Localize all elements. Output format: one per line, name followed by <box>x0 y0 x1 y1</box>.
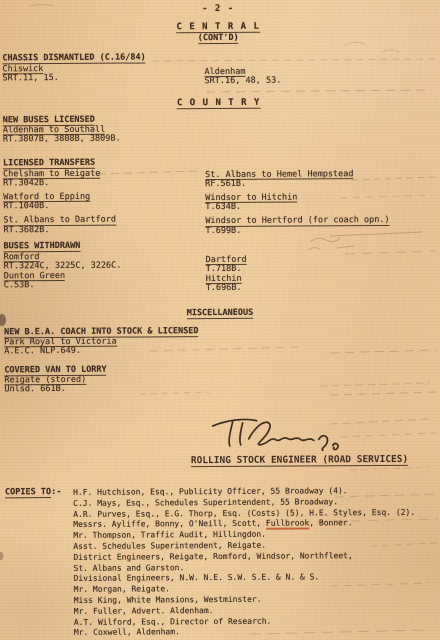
chassis-right-column: Aldenham SRT.16, 48, 53. <box>204 62 434 87</box>
copies-text: C.J. Mays, Esq., Schedules Superintenden… <box>73 497 338 508</box>
copies-text: H.F. Hutchison, Esq., Publicity Officer,… <box>73 486 348 497</box>
page-number: - 2 - <box>0 4 438 16</box>
copies-text: Mr. Thompson, Traffic Audit, Hillingdon. <box>73 530 266 540</box>
copies-text: Miss King, White Mansions, Westminster. <box>74 595 262 605</box>
withdrawn-heading: BUSES WITHDRAWN <box>4 242 81 252</box>
chassis-heading: CHASSIS DISMANTLED (C.16/84) <box>2 53 145 63</box>
section-heading-country: C O U N T R Y <box>0 98 439 110</box>
transfer-row: Watford to Epping RT.1040B. Windsor to H… <box>3 190 435 214</box>
transfer-right: Windsor to Hertford (for coach opn.) T.6… <box>205 214 435 237</box>
copies-text: District Engineers, Reigate, Romford, Wi… <box>73 551 352 562</box>
copies-text: Messrs. Ayliffe, Bonny, O'Neill, Scott, <box>73 519 266 529</box>
transfer-left: Watford to Epping RT.1040B. <box>3 192 205 214</box>
signoff-title: ROLLING STOCK ENGINEER (ROAD SERVICES) <box>191 456 408 467</box>
transfer-right-fleet: RF.561B. <box>205 179 435 190</box>
withdrawn-entry: Dartford T.718B. <box>206 254 436 275</box>
bea-coach-section: NEW B.E.A. COACH INTO STOCK & LICENSED P… <box>4 327 199 357</box>
central-title: C E N T R A L <box>176 23 260 33</box>
copies-list: H.F. Hutchison, Esq., Publicity Officer,… <box>73 486 416 639</box>
copies-text: St. Albans and Garston. <box>73 563 184 573</box>
transfer-left-fleet: RT.3042B. <box>3 178 205 189</box>
transfer-right-fleet: T.699B. <box>205 225 435 236</box>
chassis-dismantled-section: CHASSIS DISMANTLED (C.16/84) Chiswick SR… <box>2 52 434 88</box>
country-title: C O U N T R Y <box>177 99 261 109</box>
van-fleet: Unlsd. 661B. <box>4 385 106 395</box>
copies-text: Divisional Engineers, N.W. N.E. S.W. S.E… <box>74 573 320 584</box>
copies-label: COPIES TO:- <box>5 488 74 640</box>
withdrawn-fleet: T.696B. <box>206 283 436 294</box>
transfer-left-fleet: RT.3682B. <box>3 225 205 236</box>
withdrawn-entry: Dunton Green C.53B. <box>4 271 206 291</box>
transfer-left: St. Albans to Dartford RT.3682B. <box>3 215 205 237</box>
copies-text: Asst. Schedules Superintendent, Reigate. <box>73 541 266 551</box>
withdrawn-entry: Hitchin T.696B. <box>206 273 436 294</box>
transfer-right-fleet: T.634B. <box>205 202 435 213</box>
new-buses-fleet: RT.3807B, 3808B, 3809B. <box>3 135 121 145</box>
chassis-left-column: Chiswick SRT.11, 15. <box>2 64 204 88</box>
misc-title: MISCELLANEOUS <box>187 309 254 319</box>
copies-text: A.T. Wilford, Esq., Director of Research… <box>74 616 272 626</box>
chassis-left-fleet: SRT.11, 15. <box>2 73 204 84</box>
transfer-left: Chelsham to Reigate RT.3042B. <box>3 169 205 191</box>
bea-fleet: A.E.C. NLP.649. <box>4 346 199 357</box>
withdrawn-right-column: Dartford T.718B. Hitchin T.696B. <box>206 250 436 294</box>
section-heading-central-contd: (CONT'D) <box>0 33 438 45</box>
transfer-right: Windsor to Hitchin T.634B. <box>205 190 435 213</box>
section-heading-miscellaneous: MISCELLANEOUS <box>0 308 440 320</box>
page-content: - 2 - C E N T R A L (CONT'D) CHASSIS DIS… <box>0 0 440 640</box>
signature-handwritten <box>191 412 361 453</box>
licensed-transfers-section: LICENSED TRANSFERS Chelsham to Reigate R… <box>3 157 435 240</box>
withdrawn-left-column: Romford RT.3224C, 3225C, 3226C. Dunton G… <box>4 252 206 296</box>
copies-text: Mr. Fuller, Advert. Aldenham. <box>74 606 214 616</box>
central-subtitle: (CONT'D) <box>198 34 239 44</box>
transfer-row: St. Albans to Dartford RT.3682B. Windsor… <box>3 214 435 238</box>
new-buses-licensed-section: NEW BUSES LICENSED Aldenham to Southall … <box>3 116 121 145</box>
copies-text: Mr. Morgan, Reigate. <box>74 584 170 594</box>
buses-withdrawn-section: BUSES WITHDRAWN Romford RT.3224C, 3225C,… <box>4 240 436 296</box>
withdrawn-entry: Romford RT.3224C, 3225C, 3226C. <box>4 252 206 272</box>
transfers-heading: LICENSED TRANSFERS <box>3 159 95 169</box>
transfers-rows: Chelsham to Reigate RT.3042B. St. Albans… <box>3 167 435 237</box>
transfer-left-fleet: RT.1040B. <box>3 201 205 212</box>
copies-text: , Bonner. <box>309 519 352 528</box>
copies-section: COPIES TO:- H.F. Hutchison, Esq., Public… <box>5 486 440 640</box>
copies-text: Mr. Coxwell, Aldenham. <box>74 628 180 638</box>
transfer-row: Chelsham to Reigate RT.3042B. St. Albans… <box>3 167 435 191</box>
copies-text: A.R. Purves, Esq., E.G. Thorp, Esq. (Cos… <box>73 507 415 518</box>
transfer-right: St. Albans to Hemel Hempstead RF.561B. <box>205 167 435 190</box>
copies-red-underlined-text: Fullbrook <box>266 519 309 530</box>
chassis-right-fleet: SRT.16, 48, 53. <box>205 76 435 87</box>
covered-van-section: COVERED VAN TO LORRY Reigate (stored) Un… <box>4 366 107 395</box>
withdrawn-fleet: C.53B. <box>4 280 206 291</box>
scanned-document-page: - 2 - C E N T R A L (CONT'D) CHASSIS DIS… <box>0 0 440 640</box>
copies-list-item: Mr. Coxwell, Aldenham. <box>74 626 416 639</box>
signature-block: ROLLING STOCK ENGINEER (ROAD SERVICES) <box>191 412 409 467</box>
